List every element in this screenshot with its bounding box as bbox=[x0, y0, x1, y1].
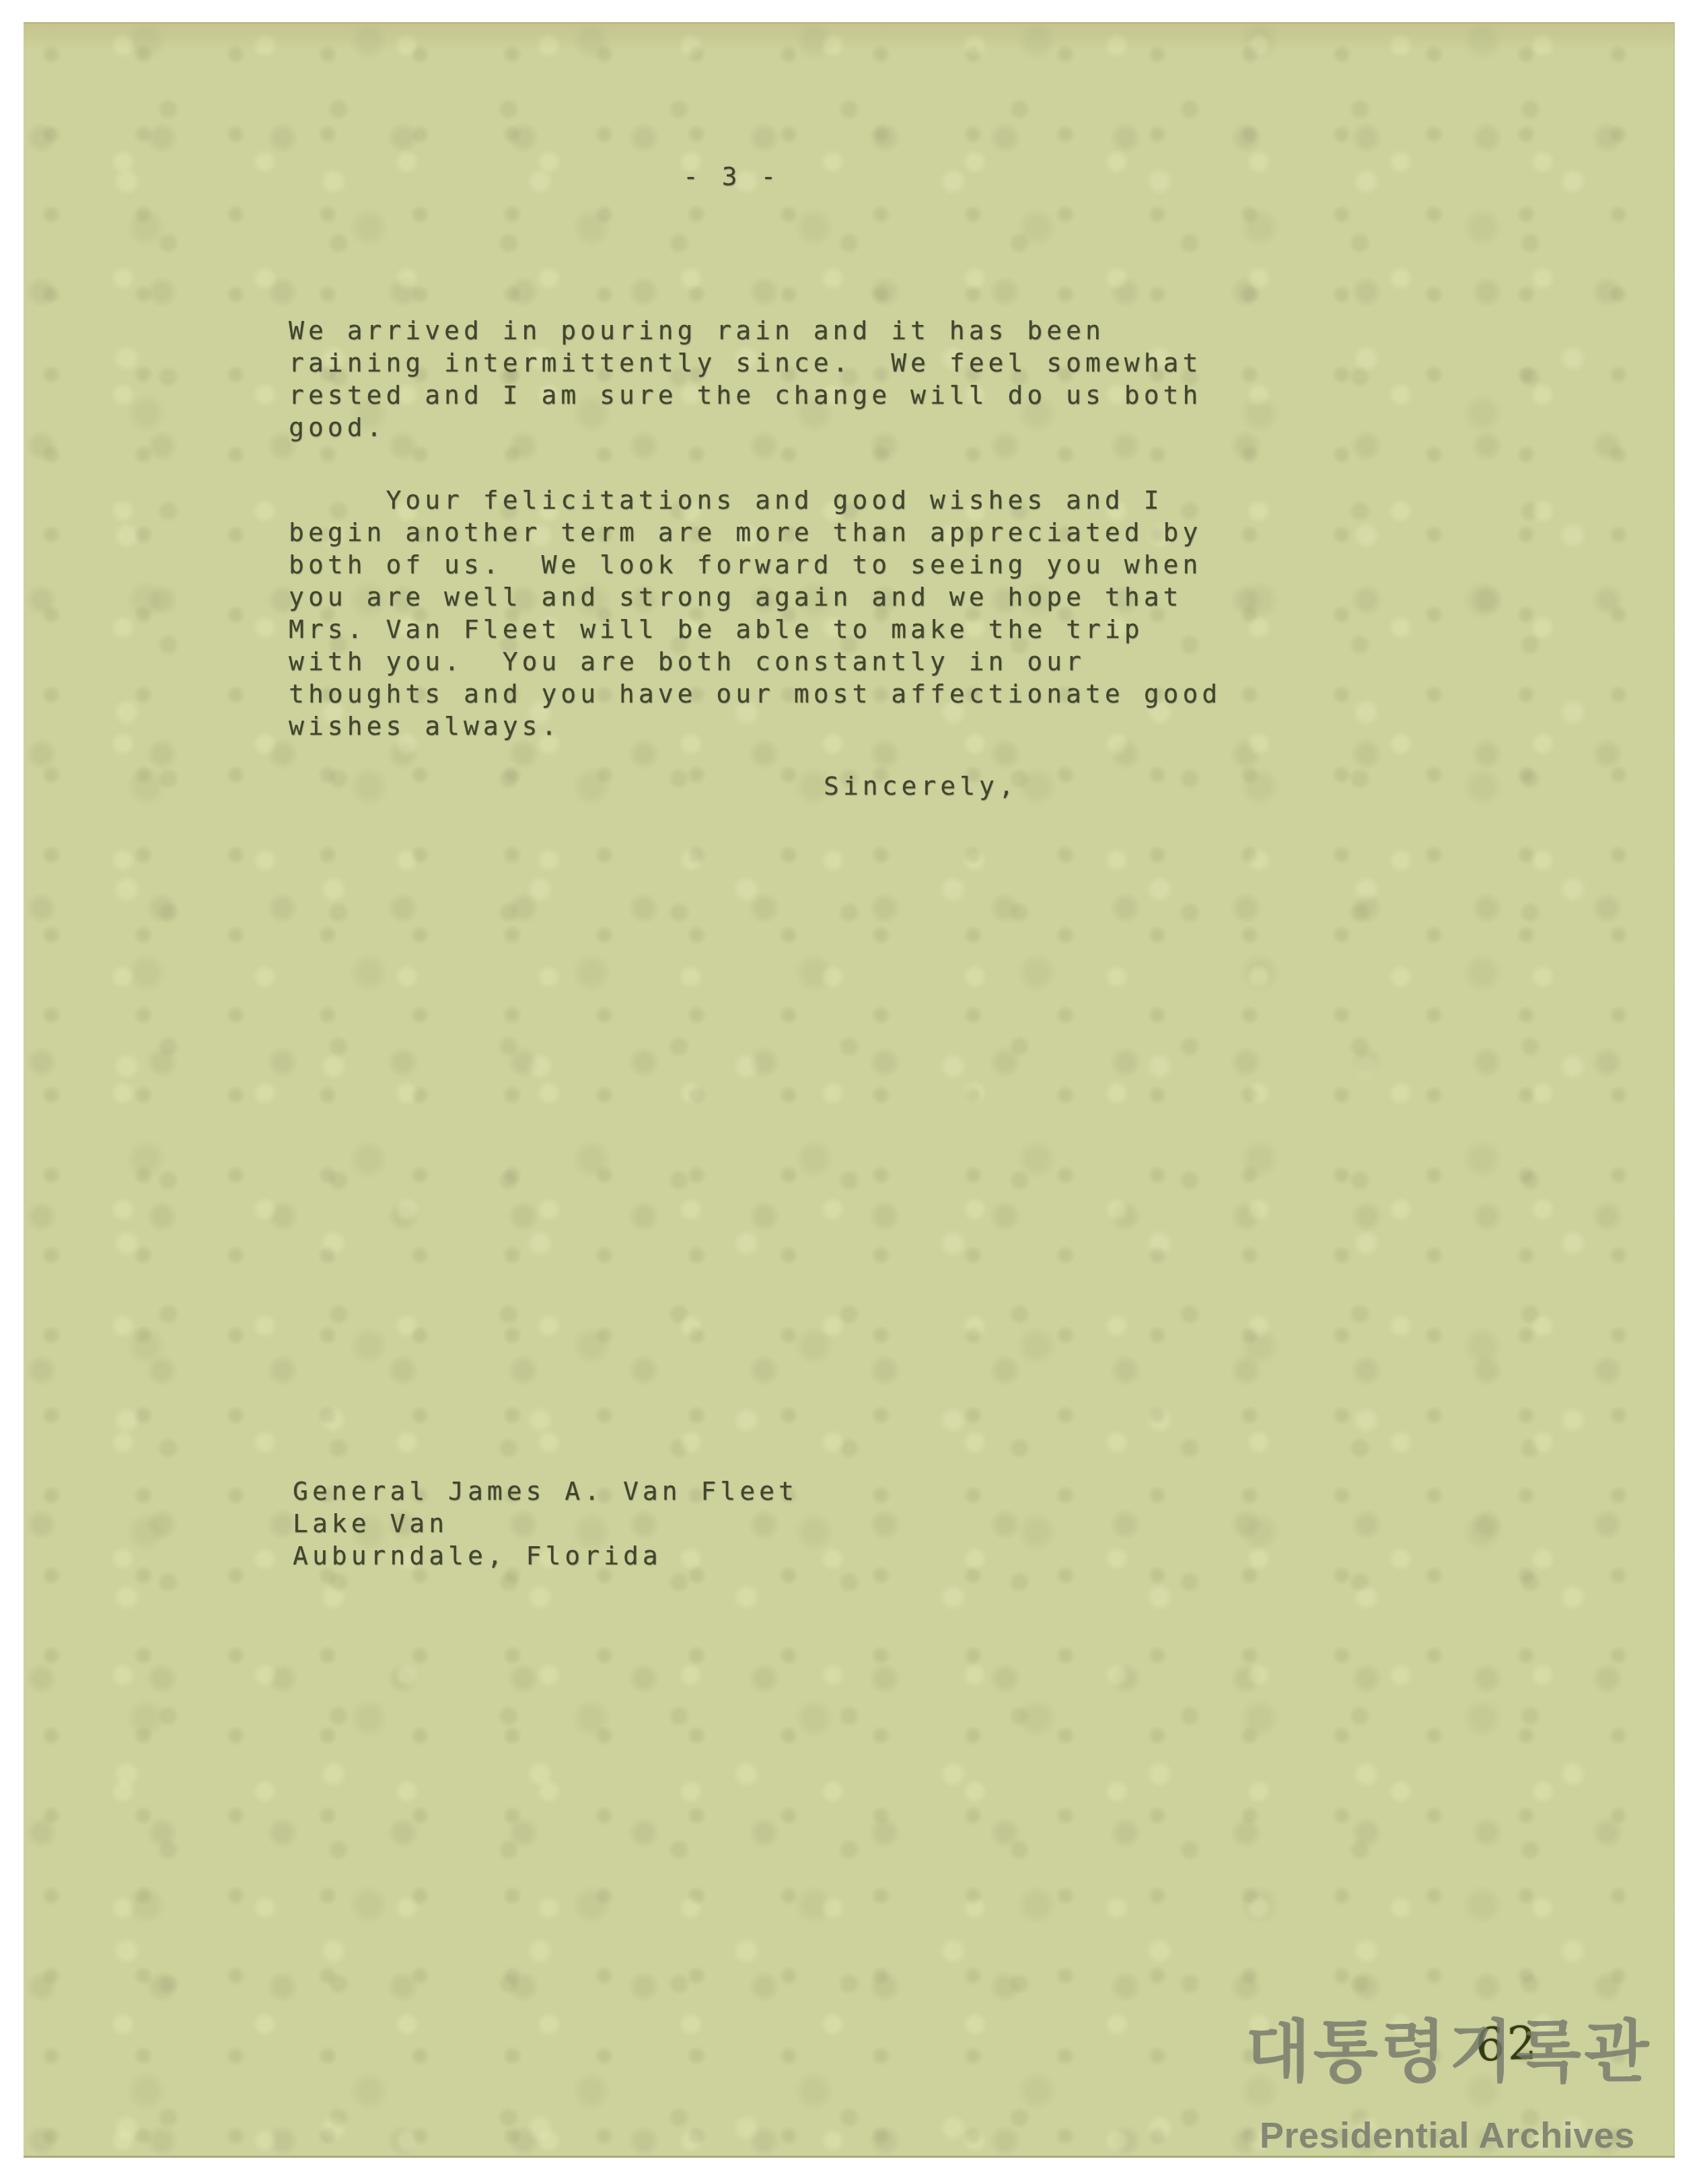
typed-text-line: you are well and strong again and we hop… bbox=[289, 581, 1221, 613]
closing-salutation: Sincerely, bbox=[824, 770, 1018, 802]
typed-text-line: We arrived in pouring rain and it has be… bbox=[289, 314, 1202, 347]
typed-text-line: Auburndale, Florida bbox=[293, 1539, 798, 1572]
typed-text-line: Lake Van bbox=[293, 1507, 798, 1539]
letter-paper: - 3 - We arrived in pouring rain and it … bbox=[24, 22, 1675, 2158]
typed-text-line: begin another term are more than appreci… bbox=[289, 516, 1221, 548]
presidential-archives-english-watermark: Presidential Archives bbox=[1260, 2116, 1635, 2155]
typed-text-line: both of us. We look forward to seeing yo… bbox=[289, 548, 1221, 581]
typed-text-line: Your felicitations and good wishes and I bbox=[289, 484, 1221, 516]
presidential-archives-korean-watermark: 대통령기록관 bbox=[1245, 2015, 1652, 2089]
page-number: - 3 - bbox=[683, 160, 780, 192]
letter-paragraph-1: We arrived in pouring rain and it has be… bbox=[289, 314, 1202, 443]
recipient-address: General James A. Van FleetLake VanAuburn… bbox=[293, 1475, 798, 1572]
scanned-letter-page: - 3 - We arrived in pouring rain and it … bbox=[0, 0, 1701, 2184]
letter-paragraph-2: Your felicitations and good wishes and I… bbox=[289, 484, 1221, 742]
typed-text-line: with you. You are both constantly in our bbox=[289, 645, 1221, 678]
typed-text-line: rested and I am sure the change will do … bbox=[289, 379, 1202, 411]
typed-text-line: General James A. Van Fleet bbox=[293, 1475, 798, 1507]
typed-text-line: Mrs. Van Fleet will be able to make the … bbox=[289, 613, 1221, 645]
typed-text-line: thoughts and you have our most affection… bbox=[289, 678, 1221, 710]
typed-text-line: raining intermittently since. We feel so… bbox=[289, 347, 1202, 379]
typed-text-line: wishes always. bbox=[289, 710, 1221, 742]
typed-text-line: good. bbox=[289, 411, 1202, 443]
